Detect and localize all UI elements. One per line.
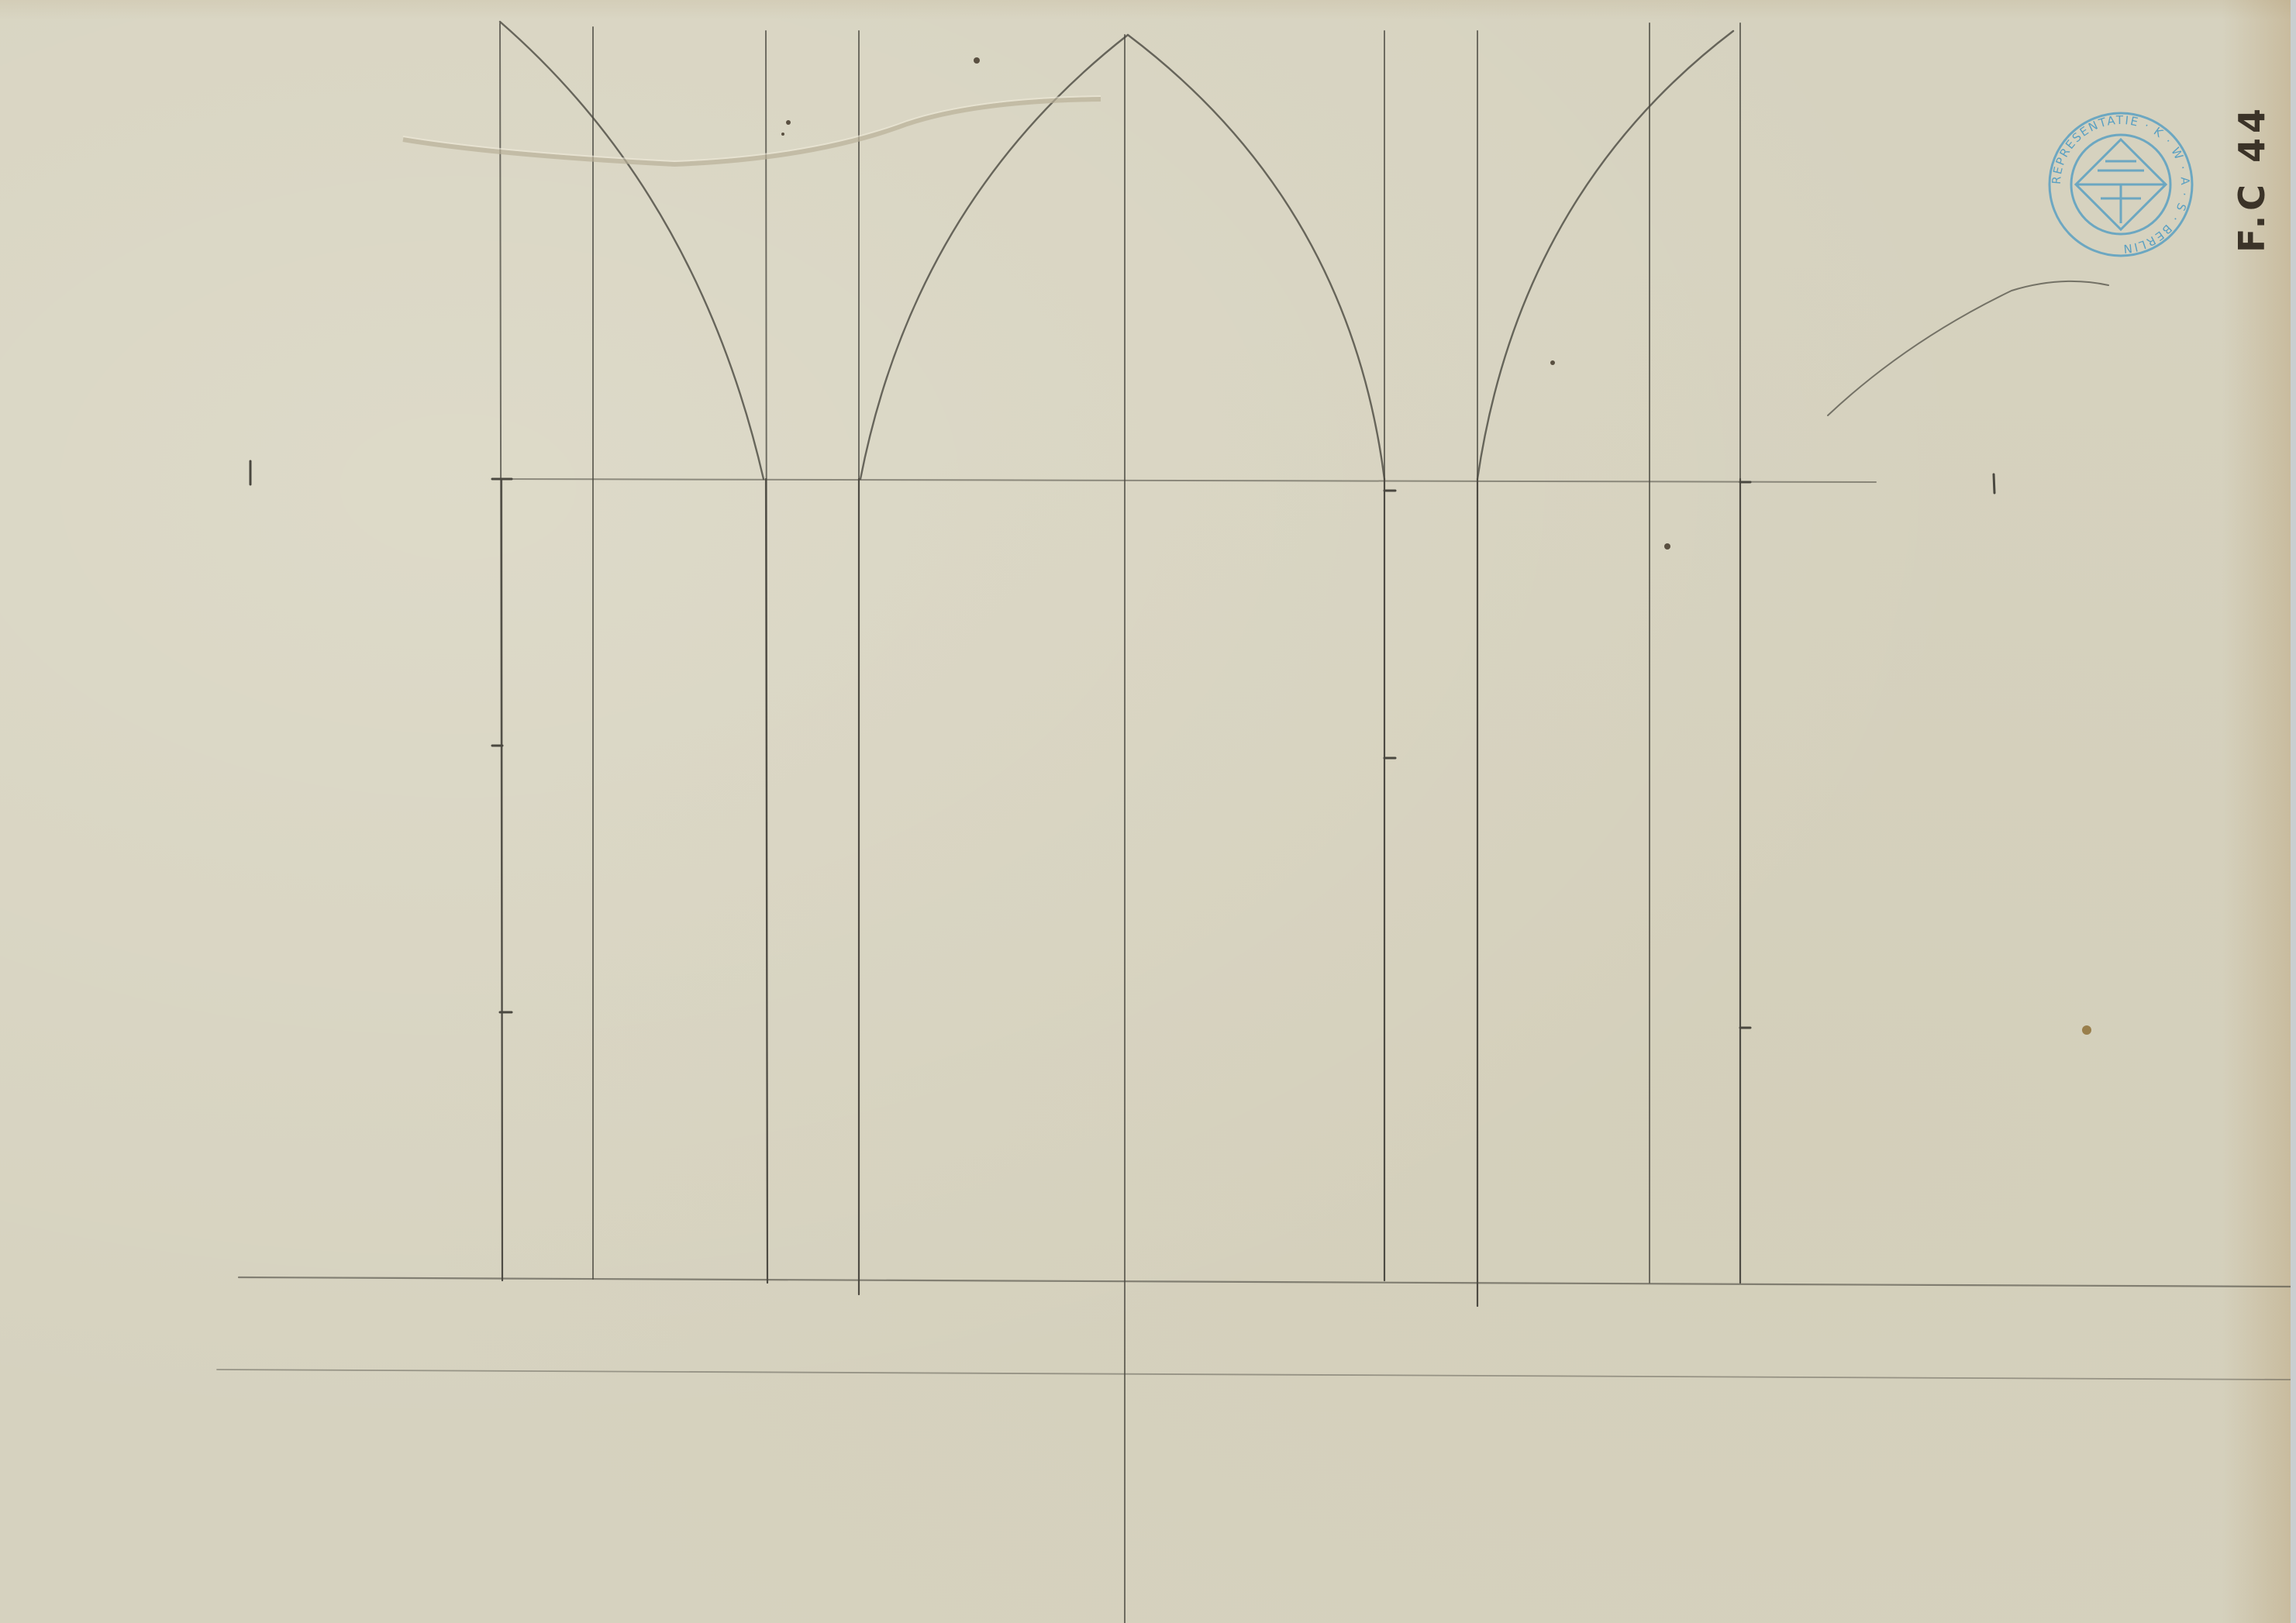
springline: [492, 479, 1876, 482]
stray-stroke: [1828, 281, 2108, 415]
collector-stamp: REPRESENTATIE · K · W · A · S · BERLIN: [2045, 109, 2197, 260]
arch-drawing: [0, 0, 2291, 1623]
lower-line: [217, 1370, 2291, 1380]
paper-sheet: REPRESENTATIE · K · W · A · S · BERLIN F…: [0, 0, 2291, 1623]
tick-marks: [250, 461, 1994, 1028]
ground-line: [239, 1277, 2291, 1287]
paper-crease: [403, 99, 1101, 164]
inventory-inscription: F.C 44: [2231, 104, 2273, 253]
arch-curves: [500, 22, 1733, 479]
